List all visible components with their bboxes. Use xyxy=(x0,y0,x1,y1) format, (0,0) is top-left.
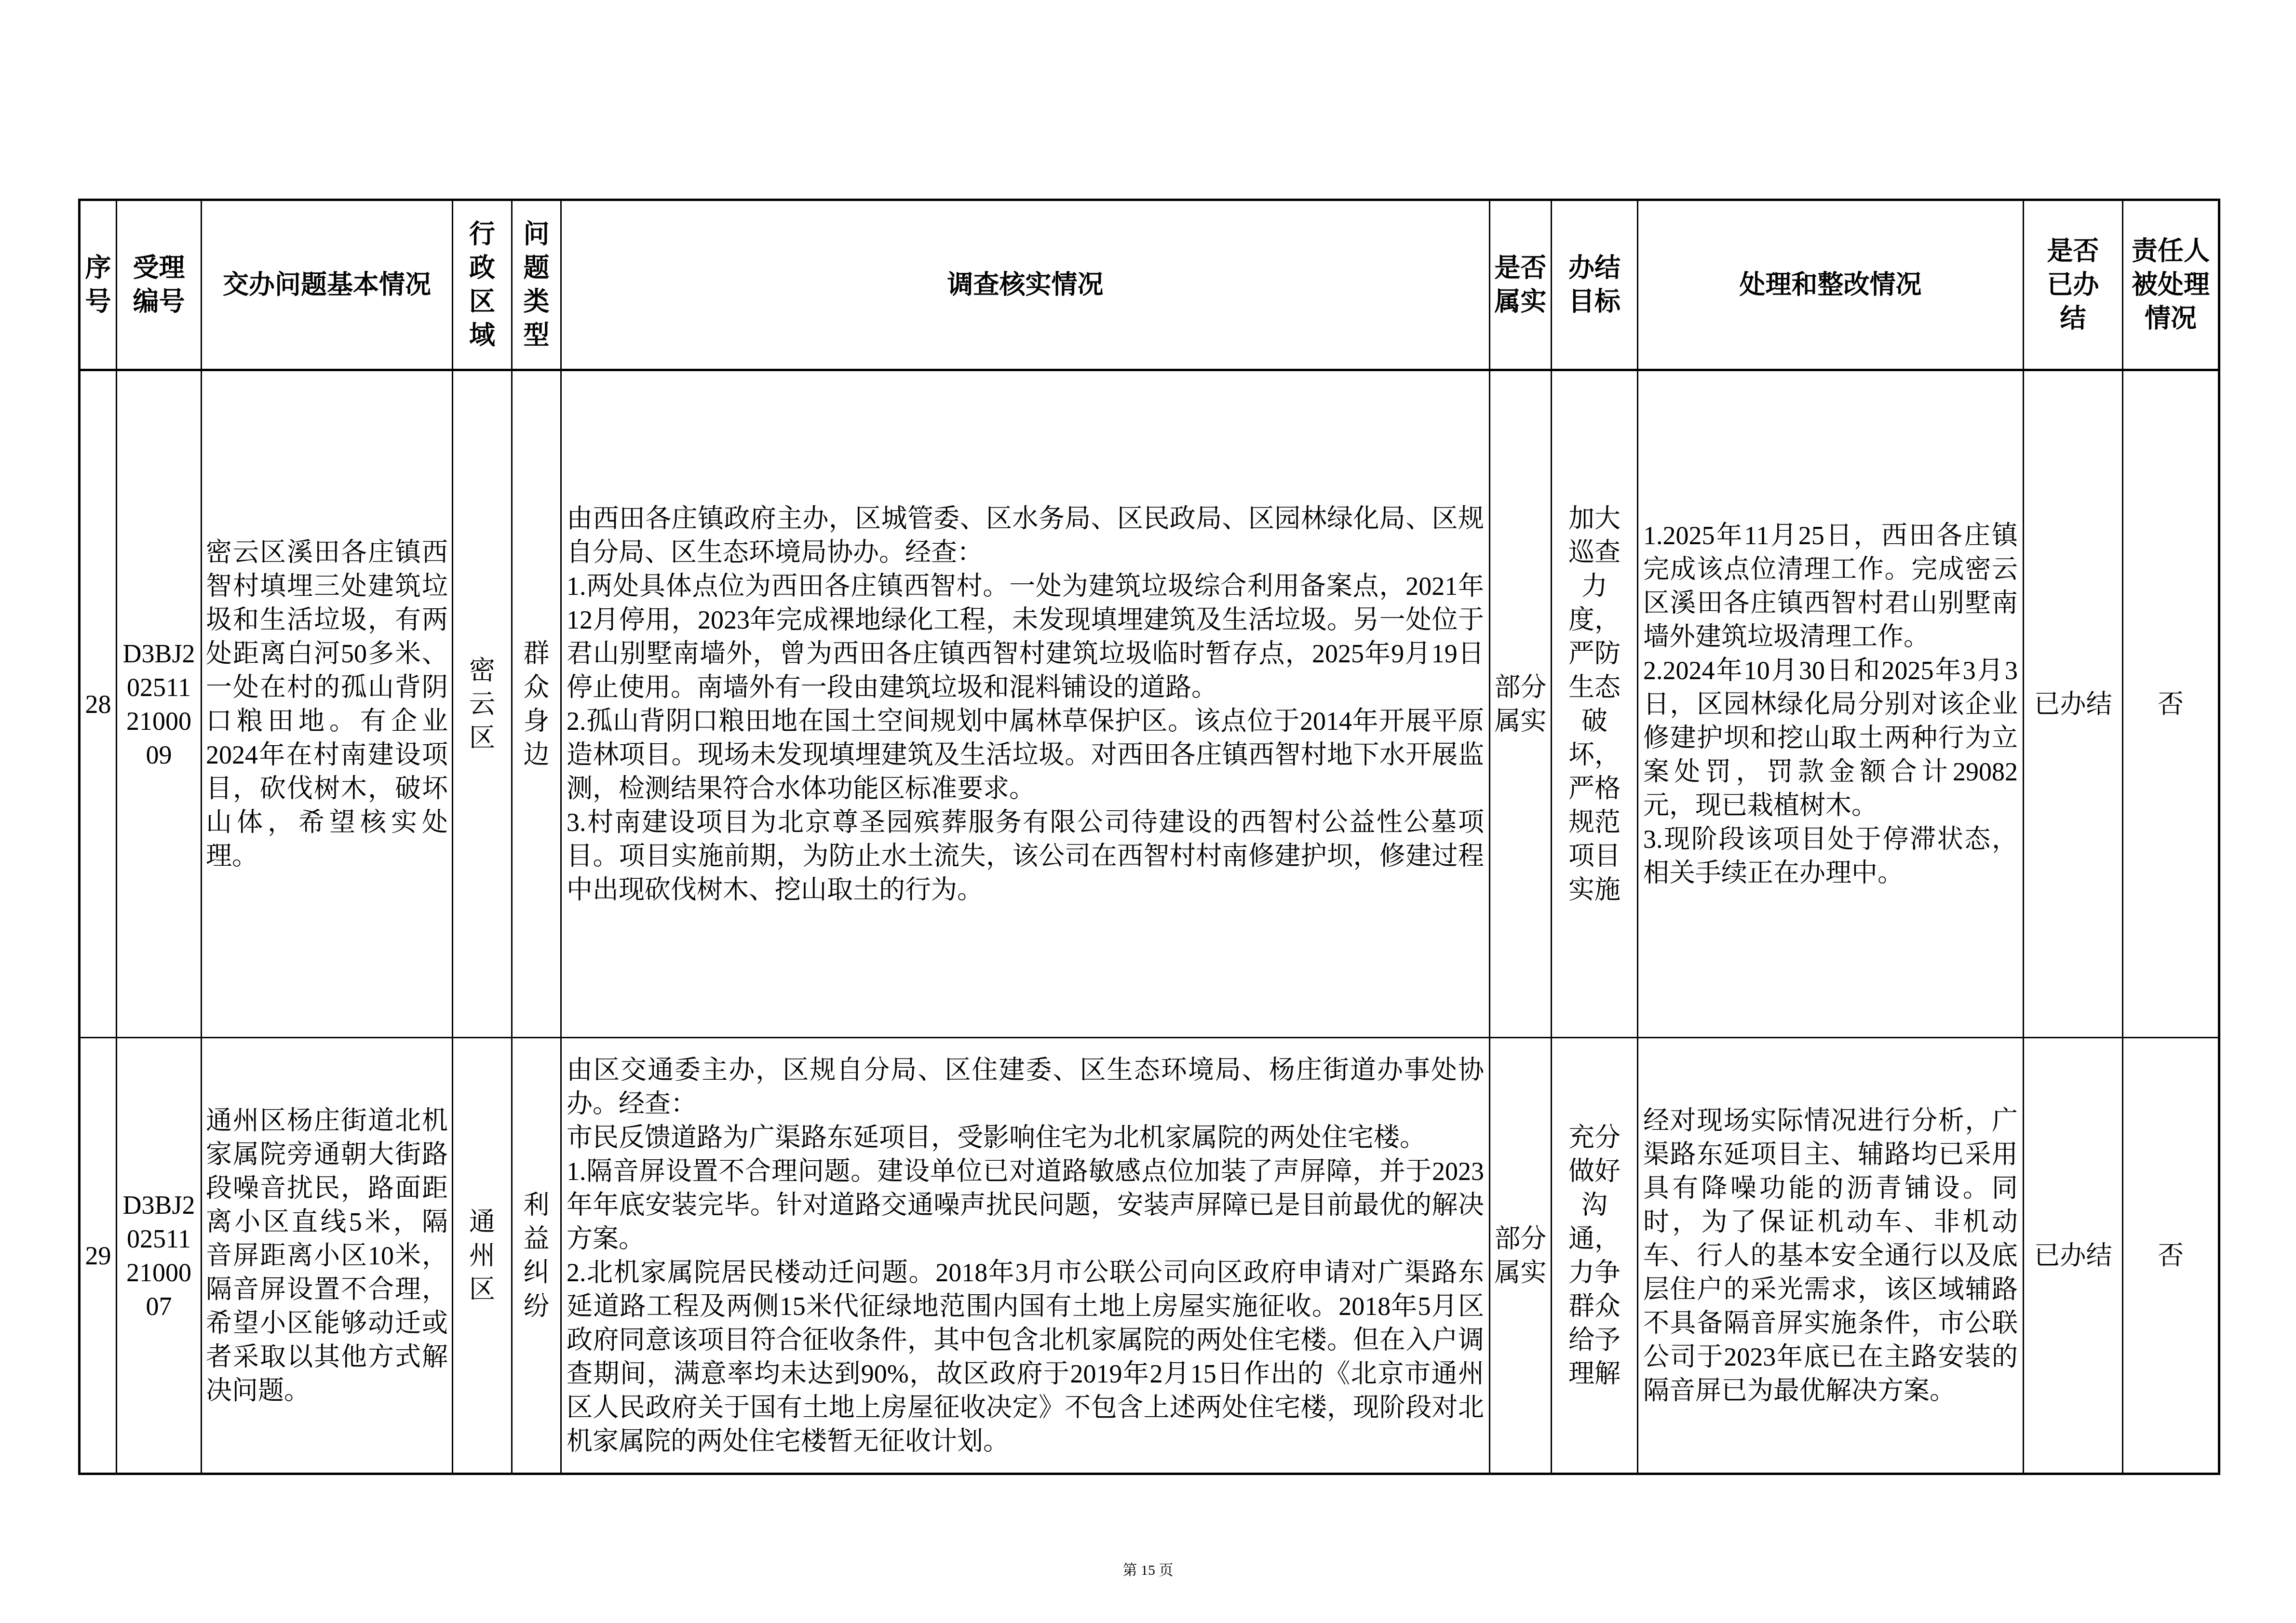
cell-type: 利益纠纷 xyxy=(512,1038,561,1474)
col-header-rectification: 处理和整改情况 xyxy=(1638,200,2024,370)
cell-completed: 已办结 xyxy=(2024,370,2123,1038)
col-header-investigation: 调查核实情况 xyxy=(561,200,1490,370)
cell-completed: 已办结 xyxy=(2024,1038,2123,1474)
cell-investigation: 由西田各庄镇政府主办，区城管委、区水务局、区民政局、区园林绿化局、区规自分局、区… xyxy=(561,370,1490,1038)
col-header-region: 行政区域 xyxy=(453,200,512,370)
col-header-case-no: 受理编号 xyxy=(117,200,202,370)
cell-problem: 通州区杨庄街道北机家属院旁通朝大街路段噪音扰民，路面距离小区直线5米，隔音屏距离… xyxy=(202,1038,453,1474)
cell-rectification: 1.2025年11月25日，西田各庄镇完成该点位清理工作。完成密云区溪田各庄镇西… xyxy=(1638,370,2024,1038)
cell-case-no: D3BJ2025112100009 xyxy=(117,370,202,1038)
cell-case-no: D3BJ2025112100007 xyxy=(117,1038,202,1474)
col-header-verified: 是否属实 xyxy=(1490,200,1552,370)
cell-type: 群众身边 xyxy=(512,370,561,1038)
table-row: 29 D3BJ2025112100007 通州区杨庄街道北机家属院旁通朝大街路段… xyxy=(80,1038,2219,1474)
cell-verified: 部分属实 xyxy=(1490,1038,1552,1474)
complaint-handling-table: 序号 受理编号 交办问题基本情况 行政区域 问题类型 调查核实情况 是否属实 办… xyxy=(78,199,2220,1475)
cell-region: 密云区 xyxy=(453,370,512,1038)
cell-region: 通州区 xyxy=(453,1038,512,1474)
cell-verified: 部分属实 xyxy=(1490,370,1552,1038)
cell-seq: 29 xyxy=(80,1038,117,1474)
cell-goal: 充分做好沟通，力争群众给予理解 xyxy=(1552,1038,1638,1474)
cell-rectification: 经对现场实际情况进行分析，广渠路东延项目主、辅路均已采用具有降噪功能的沥青铺设。… xyxy=(1638,1038,2024,1474)
table-header-row: 序号 受理编号 交办问题基本情况 行政区域 问题类型 调查核实情况 是否属实 办… xyxy=(80,200,2219,370)
col-header-seq: 序号 xyxy=(80,200,117,370)
cell-problem: 密云区溪田各庄镇西智村填埋三处建筑垃圾和生活垃圾，有两处距离白河50多米、一处在… xyxy=(202,370,453,1038)
col-header-goal: 办结目标 xyxy=(1552,200,1638,370)
col-header-completed: 是否已办结 xyxy=(2024,200,2123,370)
cell-seq: 28 xyxy=(80,370,117,1038)
cell-responsible: 否 xyxy=(2123,1038,2219,1474)
document-page: 序号 受理编号 交办问题基本情况 行政区域 问题类型 调查核实情况 是否属实 办… xyxy=(0,0,2296,1623)
col-header-responsible: 责任人被处理情况 xyxy=(2123,200,2219,370)
table-row: 28 D3BJ2025112100009 密云区溪田各庄镇西智村填埋三处建筑垃圾… xyxy=(80,370,2219,1038)
page-number: 第 15 页 xyxy=(0,1561,2296,1580)
cell-investigation: 由区交通委主办，区规自分局、区住建委、区生态环境局、杨庄街道办事处协办。经查： … xyxy=(561,1038,1490,1474)
cell-goal: 加大巡查力度，严防生态破坏，严格规范项目实施 xyxy=(1552,370,1638,1038)
col-header-type: 问题类型 xyxy=(512,200,561,370)
col-header-problem: 交办问题基本情况 xyxy=(202,200,453,370)
cell-responsible: 否 xyxy=(2123,370,2219,1038)
